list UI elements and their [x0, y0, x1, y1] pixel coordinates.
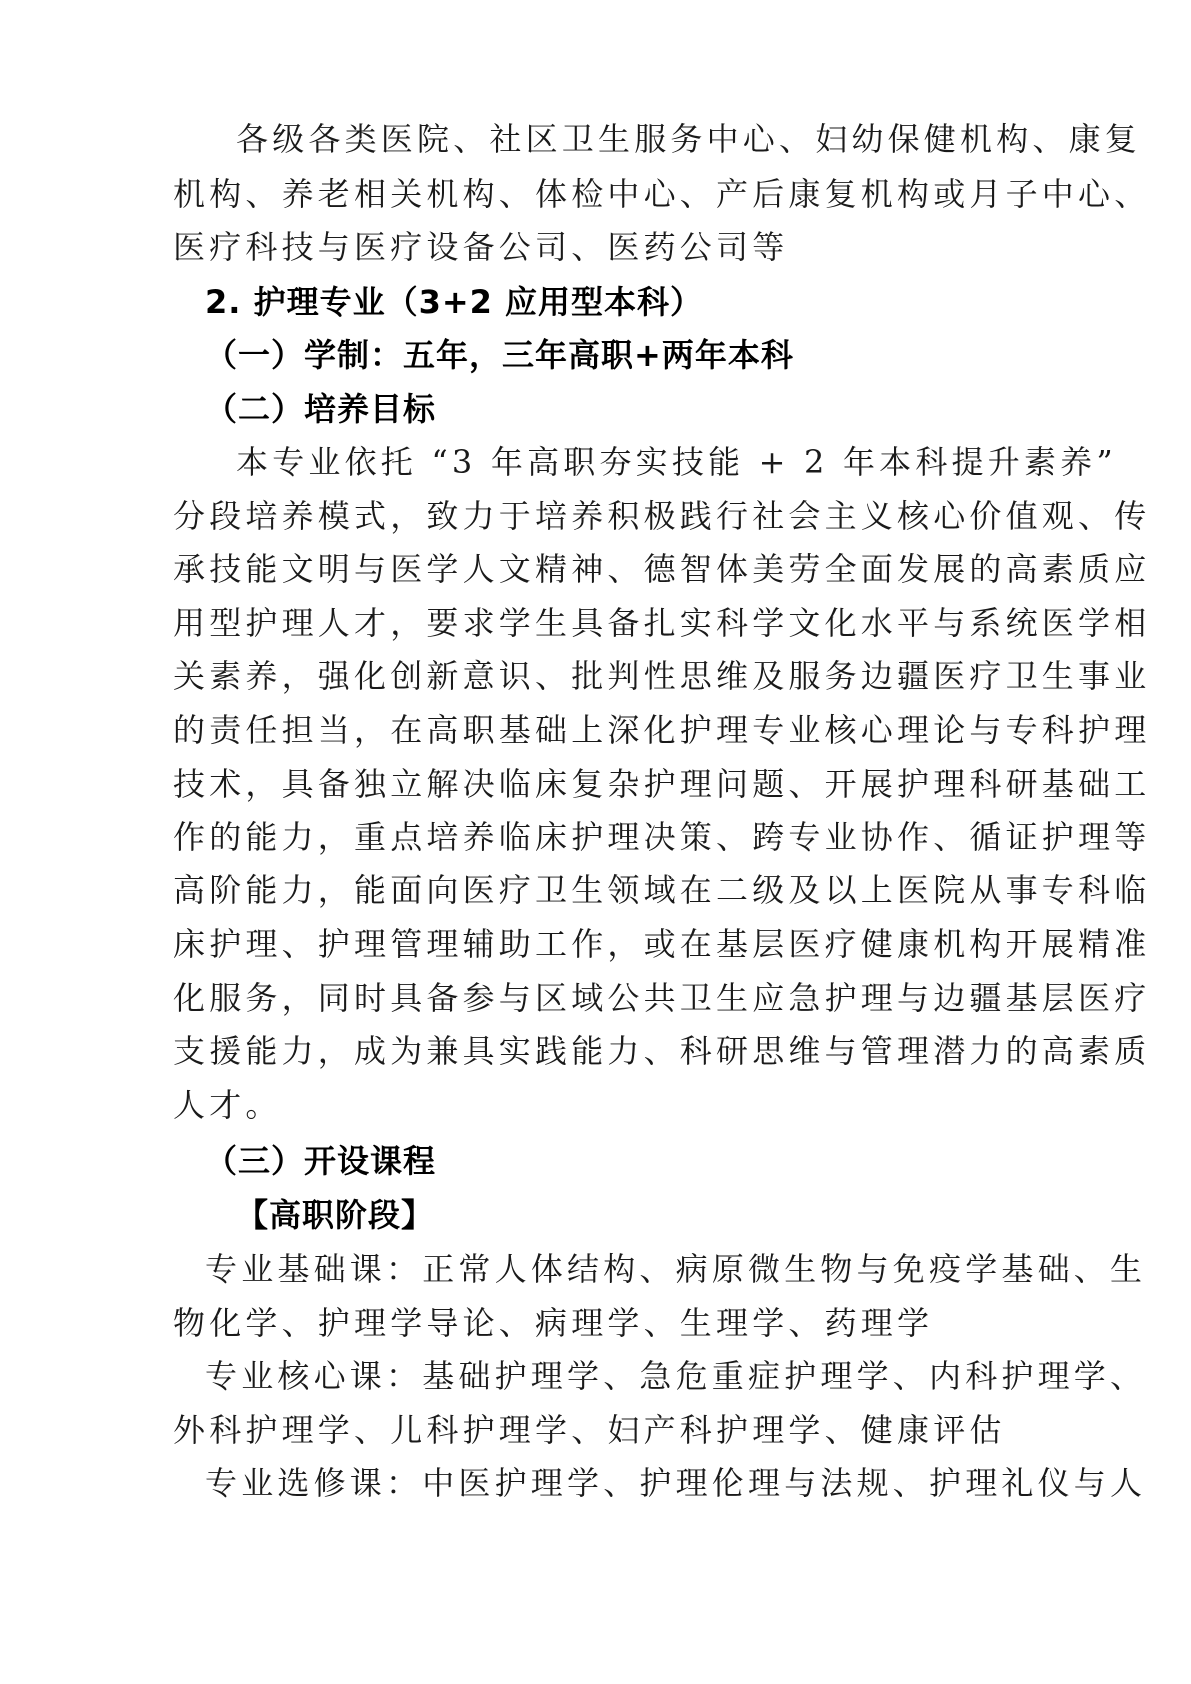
- paragraph-goal-line: 作的能力，重点培养临床护理决策、跨专业协作、循证护理等: [173, 817, 1150, 857]
- paragraph-goal-line: 人才。: [173, 1085, 282, 1125]
- course-line: 专业核心课：基础护理学、急危重症护理学、内科护理学、: [205, 1356, 1146, 1396]
- section-title: 2. 护理专业（3+2 应用型本科）: [205, 282, 703, 322]
- paragraph-institutions-line: 医疗科技与医疗设备公司、医药公司等: [173, 227, 788, 267]
- course-line: 物化学、护理学导论、病理学、生理学、药理学: [173, 1303, 933, 1343]
- document-page: 各级各类医院、社区卫生服务中心、妇幼保健机构、康复 机构、养老相关机构、体检中心…: [0, 0, 1191, 1684]
- stage-heading: 【高职阶段】: [236, 1195, 434, 1235]
- paragraph-institutions-line: 机构、养老相关机构、体检中心、产后康复机构或月子中心、: [173, 174, 1150, 214]
- course-line: 外科护理学、儿科护理学、妇产科护理学、健康评估: [173, 1410, 1006, 1450]
- paragraph-goal-line: 床护理、护理管理辅助工作，或在基层医疗健康机构开展精准: [173, 924, 1150, 964]
- paragraph-institutions-line: 各级各类医院、社区卫生服务中心、妇幼保健机构、康复: [236, 119, 1141, 159]
- paragraph-goal-line: 化服务，同时具备参与区域公共卫生应急护理与边疆基层医疗: [173, 978, 1150, 1018]
- paragraph-goal-line: 分段培养模式，致力于培养积极践行社会主义核心价值观、传: [173, 496, 1150, 536]
- paragraph-goal-line: 高阶能力，能面向医疗卫生领域在二级及以上医院从事专科临: [173, 870, 1150, 910]
- paragraph-goal-line: 关素养，强化创新意识、批判性思维及服务边疆医疗卫生事业: [173, 656, 1150, 696]
- subheading-duration: （一）学制：五年，三年高职+两年本科: [205, 335, 794, 375]
- paragraph-goal-line: 用型护理人才，要求学生具备扎实科学文化水平与系统医学相: [173, 603, 1150, 643]
- subheading-courses: （三）开设课程: [205, 1141, 436, 1181]
- paragraph-goal-line: 本专业依托 “3 年高职夯实技能 + 2 年本科提升素养”: [236, 442, 1117, 482]
- course-line: 专业选修课：中医护理学、护理伦理与法规、护理礼仪与人: [205, 1463, 1146, 1503]
- paragraph-goal-line: 技术，具备独立解决临床复杂护理问题、开展护理科研基础工: [173, 764, 1150, 804]
- course-line: 专业基础课：正常人体结构、病原微生物与免疫学基础、生: [205, 1249, 1146, 1289]
- paragraph-goal-line: 支援能力，成为兼具实践能力、科研思维与管理潜力的高素质: [173, 1031, 1150, 1071]
- subheading-goal: （二）培养目标: [205, 389, 436, 429]
- paragraph-goal-line: 承技能文明与医学人文精神、德智体美劳全面发展的高素质应: [173, 549, 1150, 589]
- paragraph-goal-line: 的责任担当，在高职基础上深化护理专业核心理论与专科护理: [173, 710, 1150, 750]
